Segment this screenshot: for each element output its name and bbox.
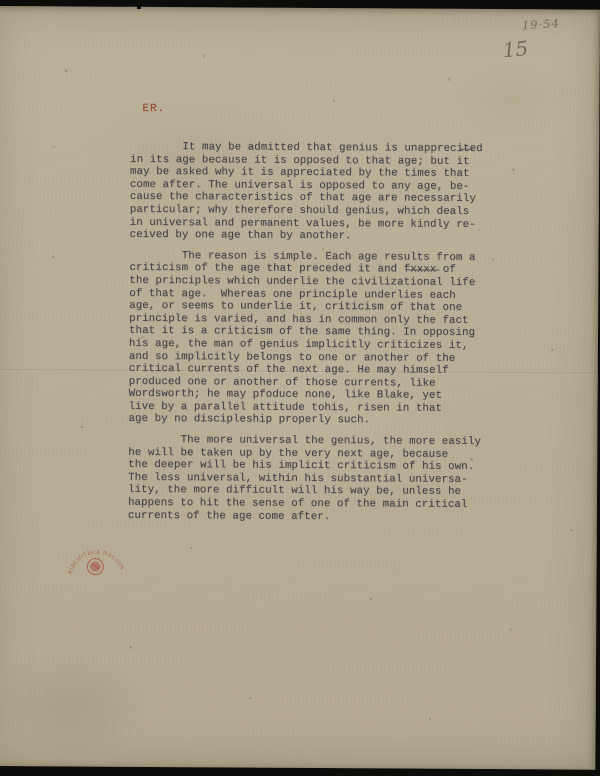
typed-line: currents of the age come after. <box>128 509 488 524</box>
paragraph: The reason is simple. Each age results f… <box>128 250 489 429</box>
typed-text-block: It may be admitted that genius is unappr… <box>128 141 490 532</box>
film-edge-notch <box>137 0 141 9</box>
typed-heading: ER. <box>142 103 165 116</box>
handwritten-archive-code: 19·54 <box>521 16 560 32</box>
library-stamp: BIBLIOTECA NACIONAL <box>60 533 129 588</box>
paragraph: The more universal the genius, the more … <box>128 434 489 524</box>
paragraph: It may be admitted that genius is unappr… <box>130 141 491 244</box>
handwritten-page-number: 15 <box>502 36 529 62</box>
stamp-arc-text: BIBLIOTECA NACIONAL <box>60 533 125 578</box>
typed-line: ceived by one age than by another. <box>130 229 490 244</box>
typed-line: age by no discipleship properly such. <box>128 413 488 428</box>
scanned-page-view: { "page": { "annotations": { "archive_co… <box>0 0 600 776</box>
paper-sheet: 19·54 15 ER. It may be admitted that gen… <box>0 6 600 770</box>
